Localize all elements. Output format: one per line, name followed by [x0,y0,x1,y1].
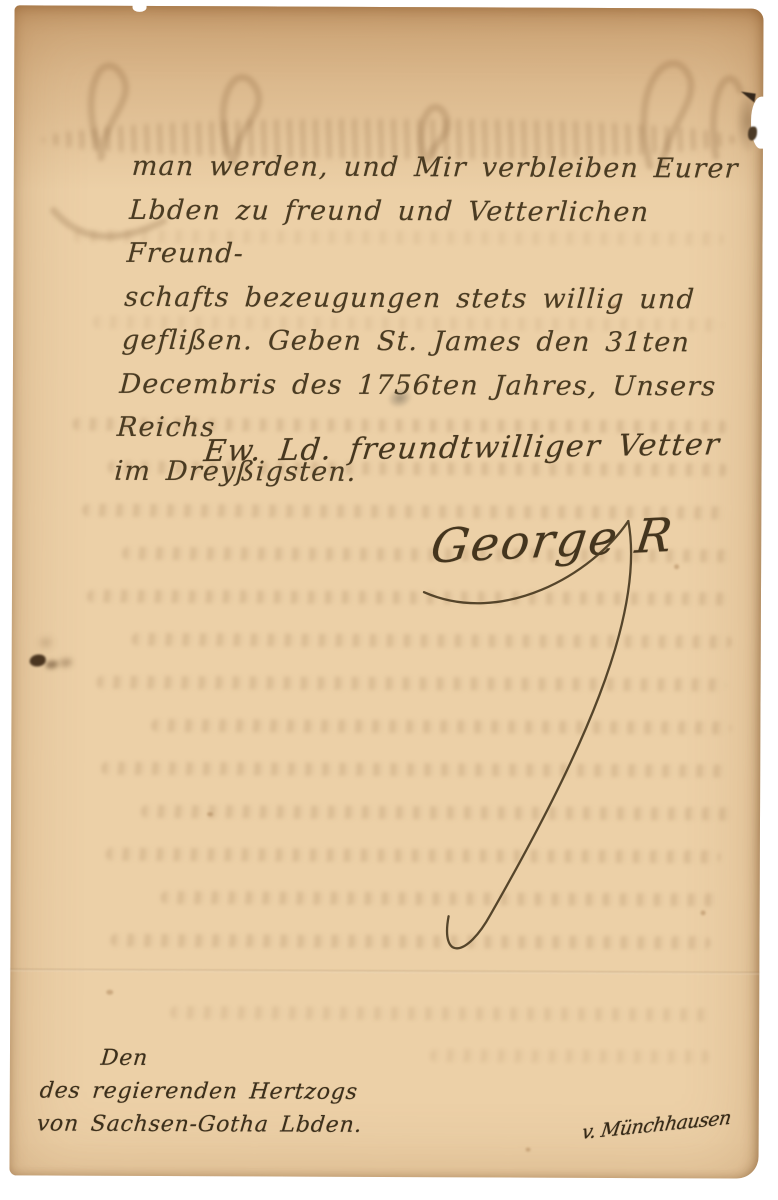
foxing-spot [674,564,679,569]
recipient-address-block: Den des regierenden Hertzogs von Sachsen… [35,1042,404,1143]
foxing-spot [207,812,213,816]
countersignature: v. Münchhausen [581,1103,773,1144]
ghost-line [430,1049,710,1063]
foxing-spot [106,990,113,995]
body-line-2: Lbden zu freund und Vetterlichen Freund- [126,188,759,278]
foxing-spot [701,910,706,915]
foxing-spot [611,304,617,309]
ink-blot-left-margin [30,654,46,666]
body-line-3: schafts bezeugungen stets willig und [123,275,753,321]
address-line-3: von Sachsen-Gotha Lbden. [35,1107,398,1142]
valediction: Ew. Ld. freundtwilliger Vetter [202,427,767,469]
top-edge-chip [133,3,147,12]
edge-tear-dark-fragment [740,92,756,103]
scan-background: man werden, und Mir verbleiben Eurer Lbd… [0,0,778,1200]
address-line-2: des regierenden Hertzogs [38,1074,401,1109]
body-line-1: man werden, und Mir verbleiben Eurer [131,145,761,191]
address-line-1: Den [41,1042,404,1077]
body-line-4: geflißen. Geben St. James den 31ten [121,319,751,365]
foxing-spot [526,1148,531,1152]
edge-tear-notch [751,97,768,149]
ghost-line [170,1006,710,1021]
signature-flourish [382,496,684,997]
letter-page: man werden, und Mir verbleiben Eurer Lbd… [9,5,763,1178]
